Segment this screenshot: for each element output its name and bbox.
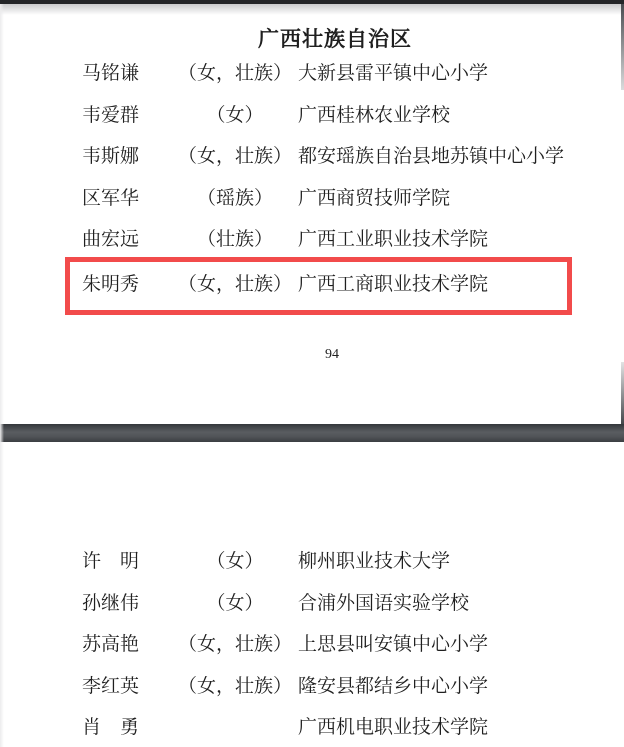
person-gender-ethnicity: （女，壮族） bbox=[178, 629, 292, 656]
person-gender-ethnicity: （女，壮族） bbox=[178, 269, 292, 296]
person-name: 韦爱群 bbox=[82, 100, 178, 127]
person-name: 肖 勇 bbox=[82, 712, 178, 739]
person-school: 都安瑶族自治县地苏镇中心小学 bbox=[298, 141, 614, 168]
person-school: 广西商贸技师学院 bbox=[298, 183, 614, 210]
person-name: 孙继伟 bbox=[82, 588, 178, 615]
person-school: 广西工业职业技术学院 bbox=[298, 224, 614, 251]
person-gender-ethnicity: （女） bbox=[178, 100, 292, 127]
person-gender-ethnicity: （瑶族） bbox=[178, 183, 292, 210]
person-gender-ethnicity: （女） bbox=[178, 588, 292, 615]
person-row: 李红英 （女，壮族） 隆安县都结乡中心小学 bbox=[0, 664, 624, 706]
toolbar-shadow bbox=[0, 4, 624, 15]
person-row: 孙继伟 （女） 合浦外国语实验学校 bbox=[0, 581, 624, 623]
person-name: 区军华 bbox=[82, 183, 178, 210]
person-gender-ethnicity: （女） bbox=[178, 546, 292, 573]
person-row: 马铭谦 （女，壮族） 大新县雷平镇中心小学 bbox=[0, 51, 624, 93]
person-gender-ethnicity: （女，壮族） bbox=[178, 141, 292, 168]
person-school: 大新县雷平镇中心小学 bbox=[298, 58, 614, 85]
person-name: 许 明 bbox=[82, 546, 178, 573]
person-name: 苏高艳 bbox=[82, 629, 178, 656]
person-school: 上思县叫安镇中心小学 bbox=[298, 629, 614, 656]
person-school: 广西工商职业技术学院 bbox=[298, 269, 614, 296]
person-school: 柳州职业技术大学 bbox=[298, 546, 614, 573]
region-title: 广西壮族自治区 bbox=[0, 23, 624, 53]
person-row: 区军华 （瑶族） 广西商贸技师学院 bbox=[0, 176, 624, 218]
document-page-2: 许 明 （女） 柳州职业技术大学 孙继伟 （女） 合浦外国语实验学校 苏高艳 （… bbox=[0, 442, 624, 747]
person-name: 韦斯娜 bbox=[82, 141, 178, 168]
person-gender-ethnicity: （壮族） bbox=[178, 224, 292, 251]
person-name: 曲宏远 bbox=[82, 224, 178, 251]
person-school: 隆安县都结乡中心小学 bbox=[298, 671, 614, 698]
document-viewer: 广西壮族自治区 马铭谦 （女，壮族） 大新县雷平镇中心小学 韦爱群 （女） 广西… bbox=[0, 0, 624, 747]
person-gender-ethnicity: （女，壮族） bbox=[178, 58, 292, 85]
person-school: 广西机电职业技术学院 bbox=[298, 712, 614, 739]
person-gender-ethnicity: （女，壮族） bbox=[178, 671, 292, 698]
person-name: 李红英 bbox=[82, 671, 178, 698]
recipient-list-page-2: 许 明 （女） 柳州职业技术大学 孙继伟 （女） 合浦外国语实验学校 苏高艳 （… bbox=[0, 539, 624, 747]
person-row: 韦爱群 （女） 广西桂林农业学校 bbox=[0, 93, 624, 135]
person-school: 广西桂林农业学校 bbox=[298, 100, 614, 127]
person-name: 马铭谦 bbox=[82, 58, 178, 85]
person-name: 朱明秀 bbox=[82, 269, 178, 296]
toolbar-bottom-edge bbox=[0, 0, 624, 4]
recipient-list-page-1: 马铭谦 （女，壮族） 大新县雷平镇中心小学 韦爱群 （女） 广西桂林农业学校 韦… bbox=[0, 51, 624, 303]
page-number: 94 bbox=[0, 347, 624, 363]
document-page-1: 广西壮族自治区 马铭谦 （女，壮族） 大新县雷平镇中心小学 韦爱群 （女） 广西… bbox=[0, 4, 624, 424]
person-row: 肖 勇 广西机电职业技术学院 bbox=[0, 705, 624, 747]
person-row: 韦斯娜 （女，壮族） 都安瑶族自治县地苏镇中心小学 bbox=[0, 134, 624, 176]
page-separator-band bbox=[0, 424, 624, 442]
person-row: 朱明秀 （女，壮族） 广西工商职业技术学院 bbox=[0, 262, 624, 304]
person-school: 合浦外国语实验学校 bbox=[298, 588, 614, 615]
person-row: 许 明 （女） 柳州职业技术大学 bbox=[0, 539, 624, 581]
person-row: 苏高艳 （女，壮族） 上思县叫安镇中心小学 bbox=[0, 622, 624, 664]
person-row: 曲宏远 （壮族） 广西工业职业技术学院 bbox=[0, 217, 624, 259]
